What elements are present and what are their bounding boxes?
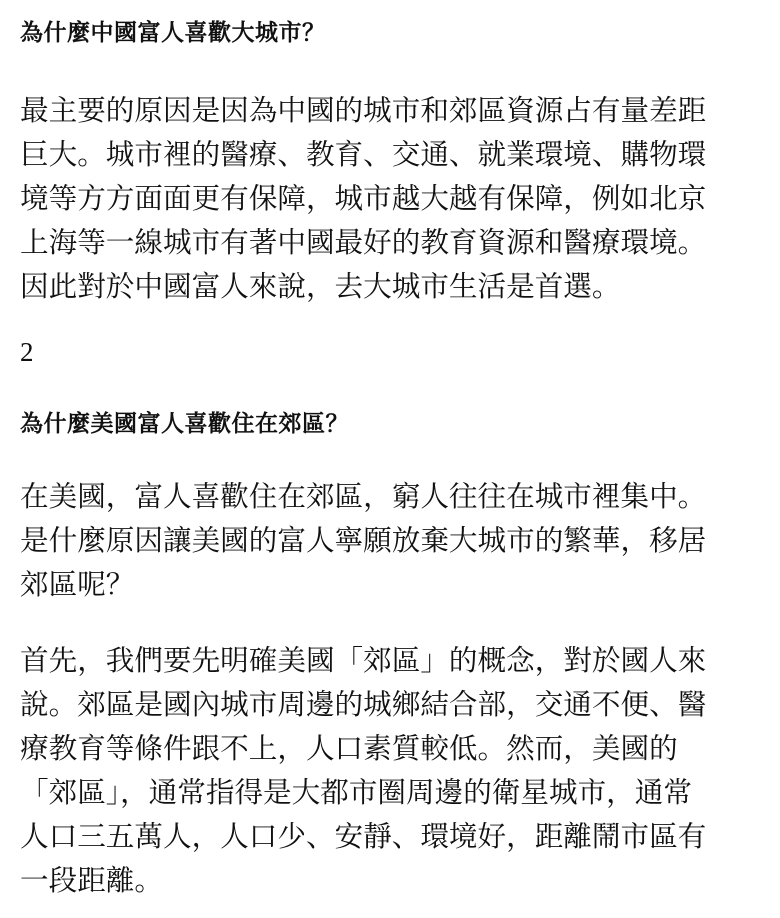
paragraph-line: 一段距離。 — [20, 858, 760, 902]
section-1-paragraph: 最主要的原因是因為中國的城市和郊區資源占有量差距 巨大。城市裡的醫療、教育、交通… — [20, 88, 760, 308]
paragraph-line: 郊區呢？ — [20, 562, 760, 606]
paragraph-line: 人口三五萬人，人口少、安靜、環境好，距離鬧市區有 — [20, 814, 760, 858]
section-2-heading: 為什麼美國富人喜歡住在郊區？ — [20, 409, 349, 439]
paragraph-line: 最主要的原因是因為中國的城市和郊區資源占有量差距 — [20, 88, 760, 132]
paragraph-line: 上海等一線城市有著中國最好的教育資源和醫療環境。 — [20, 220, 760, 264]
paragraph-line: 在美國，富人喜歡住在郊區，窮人往往在城市裡集中。 — [20, 474, 760, 518]
paragraph-line: 說。郊區是國內城市周邊的城鄉結合部，交通不便、醫 — [20, 682, 760, 726]
section-2-paragraph-2: 首先，我們要先明確美國「郊區」的概念，對於國人來 說。郊區是國內城市周邊的城鄉結… — [20, 638, 760, 902]
section-number: 2 — [20, 336, 34, 368]
paragraph-line: 巨大。城市裡的醫療、教育、交通、就業環境、購物環 — [20, 132, 760, 176]
paragraph-line: 境等方方面面更有保障，城市越大越有保障，例如北京 — [20, 176, 760, 220]
paragraph-line: 因此對於中國富人來說，去大城市生活是首選。 — [20, 264, 760, 308]
section-2-paragraph-1: 在美國，富人喜歡住在郊區，窮人往往在城市裡集中。 是什麼原因讓美國的富人寧願放棄… — [20, 474, 760, 606]
section-1-heading: 為什麼中國富人喜歡大城市？ — [20, 18, 326, 48]
paragraph-line: 首先，我們要先明確美國「郊區」的概念，對於國人來 — [20, 638, 760, 682]
paragraph-line: 療教育等條件跟不上，人口素質較低。然而，美國的 — [20, 726, 760, 770]
paragraph-line: 「郊區」，通常指得是大都市圈周邊的衛星城市，通常 — [20, 770, 760, 814]
paragraph-line: 是什麼原因讓美國的富人寧願放棄大城市的繁華，移居 — [20, 518, 760, 562]
